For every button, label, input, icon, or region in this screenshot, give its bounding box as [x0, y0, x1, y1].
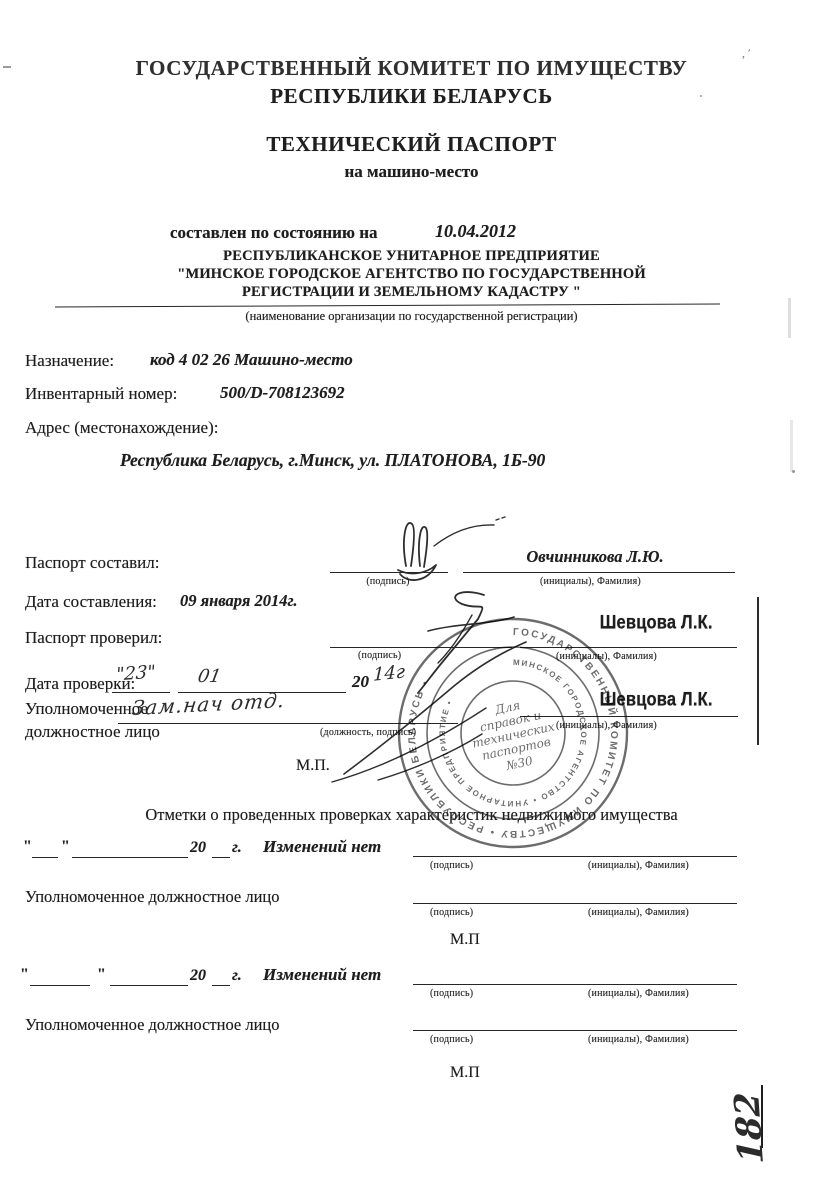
date-checked-day-handwritten: "23": [115, 662, 156, 686]
check-signature-line: [413, 984, 737, 985]
org-name-line1: РЕСПУБЛИКАНСКОЕ УНИТАРНОЕ ПРЕДПРИЯТИЕ: [0, 248, 823, 265]
no-changes-note: Изменений нет: [263, 965, 381, 985]
corner-scan-mark: , ʹ: [742, 46, 751, 61]
name-caption: (инициалы), Фамилия): [540, 576, 641, 587]
inventory-number-value: 500/D-708123692: [220, 383, 345, 403]
date-checked-month-handwritten: 01: [196, 666, 223, 687]
official-signature-line: [413, 1030, 737, 1031]
check-signature-line: [413, 856, 737, 857]
signature-caption: (подпись): [430, 907, 473, 918]
day-blank-line: [32, 857, 58, 858]
address-label: Адрес (местонахождение):: [25, 418, 218, 438]
compiler-label: Паспорт составил:: [25, 553, 159, 573]
year-suffix: г.: [232, 967, 242, 985]
signature-caption: (подпись): [430, 860, 473, 871]
committee-name-line1: ГОСУДАРСТВЕННЫЙ КОМИТЕТ ПО ИМУЩЕСТВУ: [0, 56, 823, 81]
compiler-signature-line: [330, 572, 448, 573]
no-changes-note: Изменений нет: [263, 837, 381, 857]
year-suffix: г.: [232, 839, 242, 857]
seal-place-label: М.П: [450, 931, 480, 949]
signature-caption: (подпись): [430, 988, 473, 999]
inventory-number-label: Инвентарный номер:: [25, 384, 177, 404]
org-name-line3: РЕГИСТРАЦИИ И ЗЕМЕЛЬНОМУ КАДАСТРУ ": [0, 284, 823, 301]
day-blank-line: [30, 985, 90, 986]
compiler-name-line: [463, 572, 735, 573]
stamp-center-text: Для справок и технических паспортов №30: [465, 692, 562, 779]
signature-caption: (подпись): [430, 1034, 473, 1045]
handwritten-page-number: 182: [727, 1092, 772, 1164]
compiled-on-date: 10.04.2012: [435, 221, 516, 242]
checker-label: Паспорт проверил:: [25, 628, 162, 648]
name-caption: (инициалы), Фамилия): [588, 988, 689, 999]
document-subtitle: на машино-место: [0, 162, 823, 182]
day-blank-line: [112, 692, 170, 693]
scan-speck: [700, 95, 702, 97]
scan-speck: [3, 66, 11, 68]
month-blank-line: [110, 985, 188, 986]
address-value: Республика Беларусь, г.Минск, ул. ПЛАТОН…: [120, 450, 545, 471]
official-signature-line: [413, 903, 737, 904]
name-caption: (инициалы), Фамилия): [588, 860, 689, 871]
scan-speck: [792, 470, 795, 473]
official-label-line2: должностное лицо: [25, 722, 160, 742]
name-caption: (инициалы), Фамилия): [588, 1034, 689, 1045]
month-blank-line: [72, 857, 188, 858]
scanned-technical-passport-page: ГОСУДАРСТВЕННЫЙ КОМИТЕТ ПО ИМУЩЕСТВУ РЕС…: [0, 0, 823, 1200]
year-blank-line: [212, 857, 230, 858]
purpose-value: код 4 02 26 Машино-место: [150, 350, 353, 370]
year-blank-line: [212, 985, 230, 986]
org-name-caption: (наименование организации по государстве…: [0, 309, 823, 324]
official-label: Уполномоченное должностное лицо: [25, 887, 280, 907]
compiled-on-label: составлен по состоянию на: [170, 223, 378, 243]
official-label-line1: Уполномоченное: [25, 699, 148, 719]
compiler-name: Овчинникова Л.Ю.: [470, 547, 720, 567]
right-edge-line: [757, 597, 759, 745]
checks-heading: Отметки о проведенных проверках характер…: [0, 805, 823, 825]
name-caption: (инициалы), Фамилия): [588, 907, 689, 918]
official-label: Уполномоченное должностное лицо: [25, 1015, 280, 1035]
year-prefix: 20: [190, 839, 206, 857]
quote-mark: ": [23, 838, 32, 856]
quote-mark: ": [20, 966, 29, 984]
date-compiled-label: Дата составления:: [25, 592, 157, 612]
scan-smudge: [788, 298, 791, 338]
quote-mark: ": [97, 966, 106, 984]
document-title: ТЕХНИЧЕСКИЙ ПАСПОРТ: [0, 132, 823, 157]
scan-smudge: [790, 420, 793, 472]
seal-place-label: М.П: [450, 1064, 480, 1082]
org-name-underline: [55, 304, 720, 308]
year-prefix: 20: [190, 967, 206, 985]
date-compiled-value: 09 января 2014г.: [180, 591, 297, 611]
purpose-label: Назначение:: [25, 351, 114, 371]
org-name-line2: "МИНСКОЕ ГОРОДСКОЕ АГЕНТСТВО ПО ГОСУДАРС…: [0, 266, 823, 283]
quote-mark: ": [61, 838, 70, 856]
